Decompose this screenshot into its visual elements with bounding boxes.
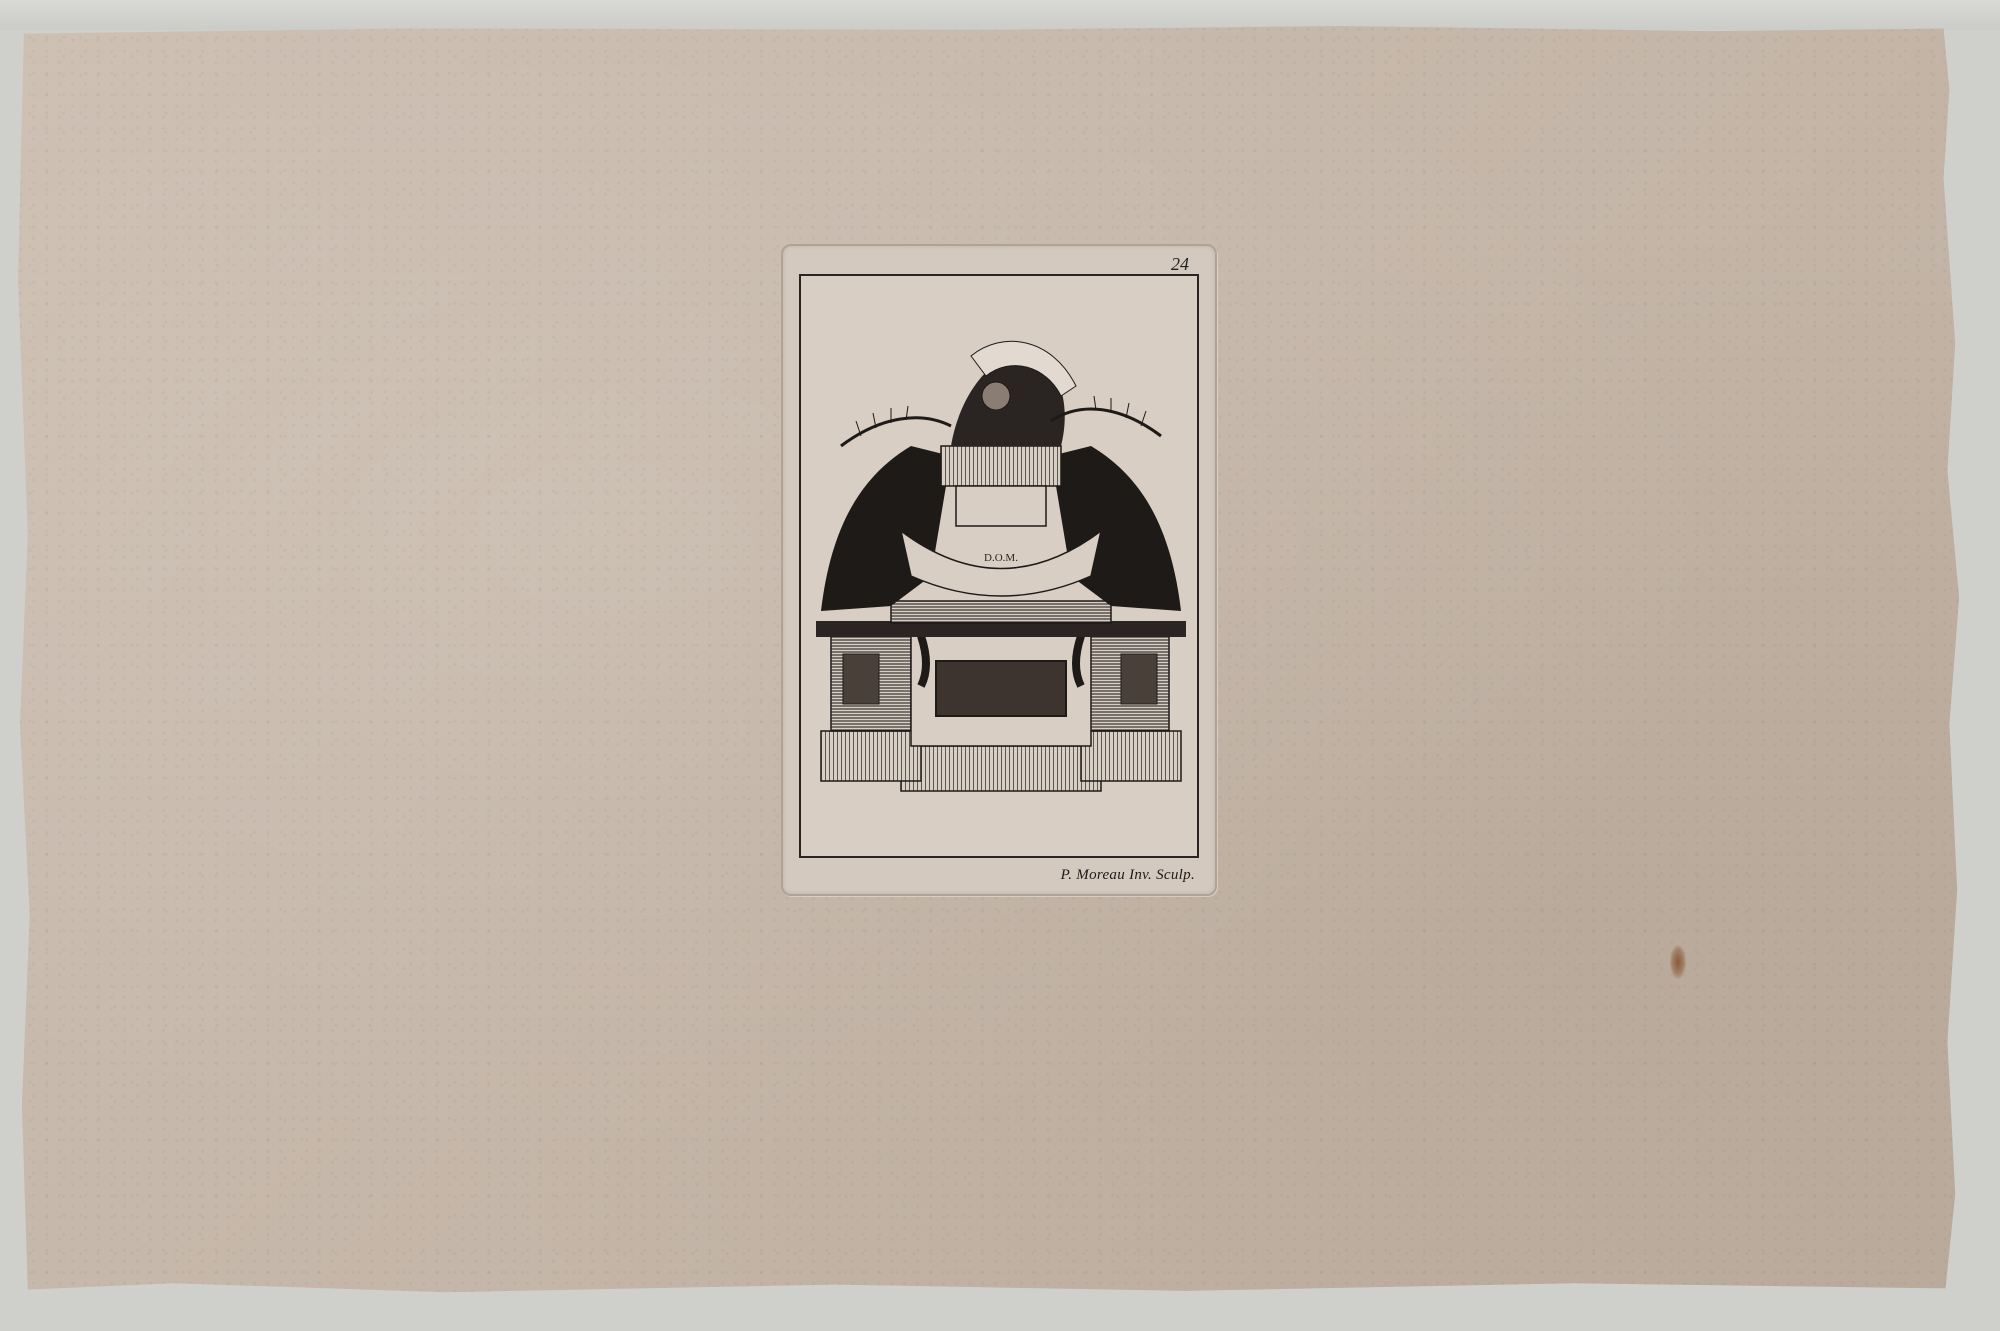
artist-signature: P. Moreau Inv. Sculp. [1061, 867, 1195, 884]
engraving-frame: D.O.M. [799, 274, 1199, 858]
plate-mark: 24 [781, 244, 1217, 896]
backdrop [0, 0, 2000, 30]
foxing-stain [1670, 945, 1686, 979]
funerary-monument-illustration: D.O.M. [801, 276, 1197, 856]
plate-number: 24 [1171, 254, 1189, 275]
inscription-text: D.O.M. [984, 552, 1018, 564]
